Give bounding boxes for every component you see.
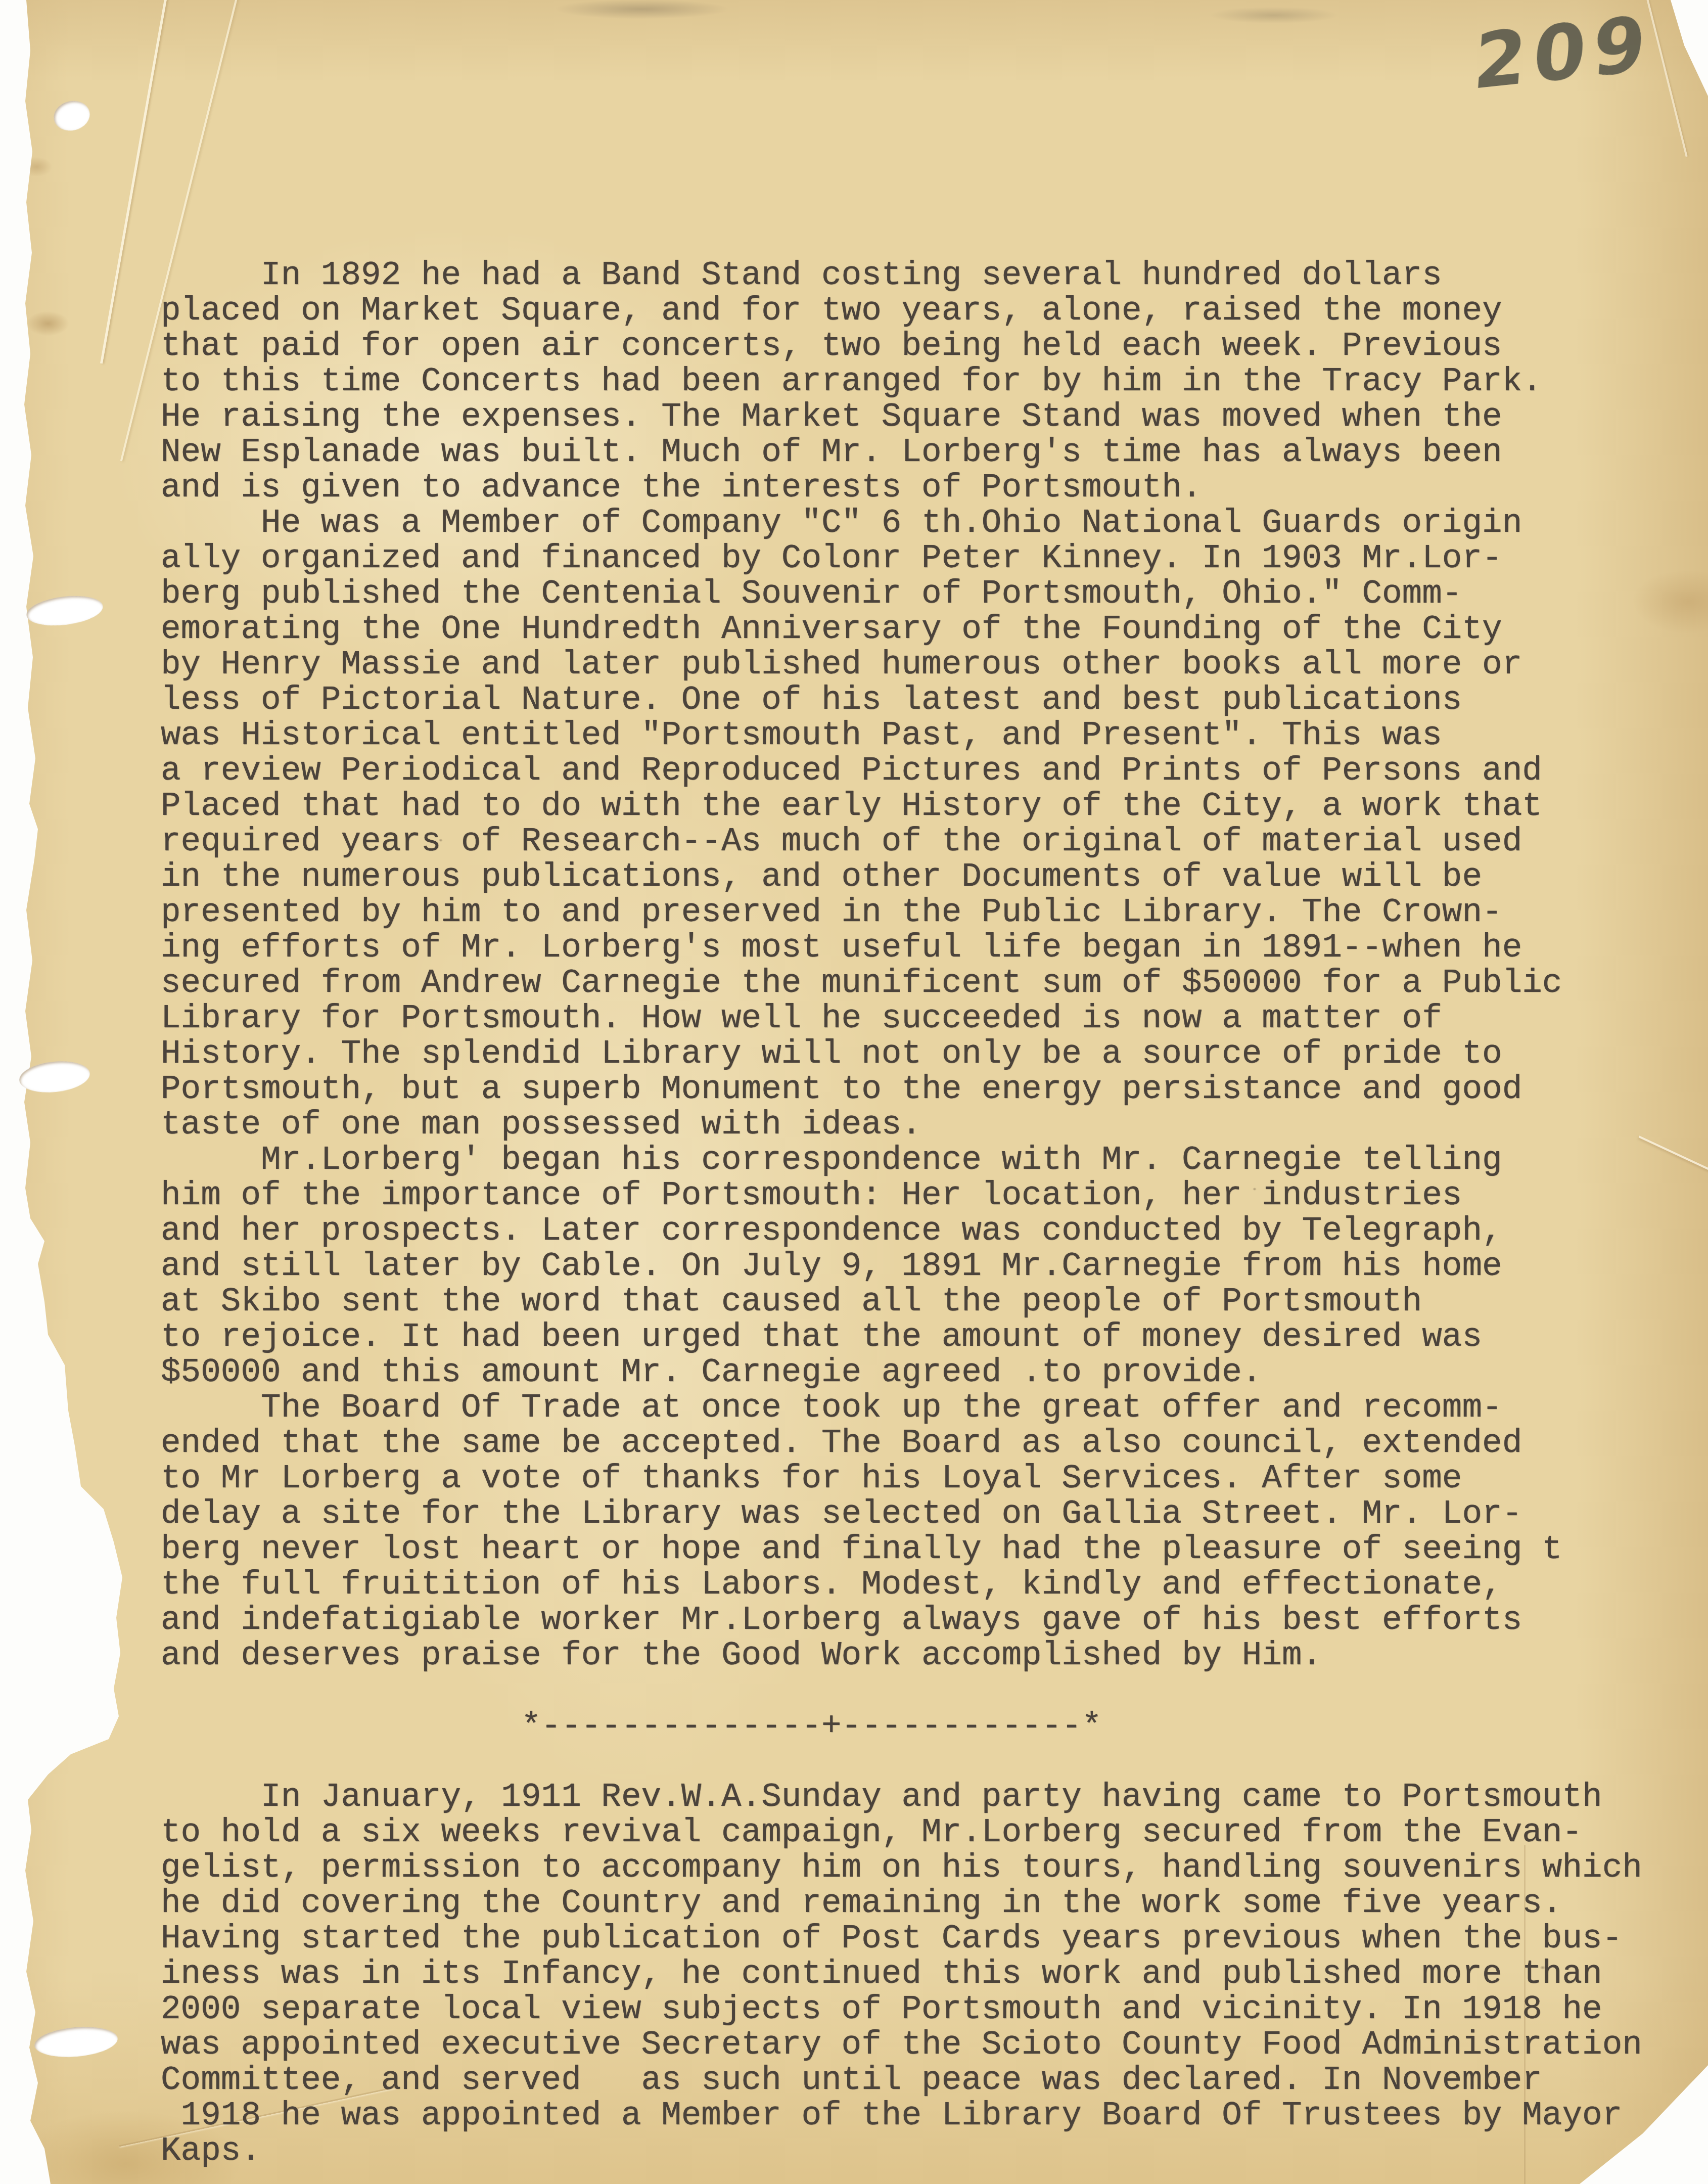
typewriter-line: secured from Andrew Carnegie the munific… (161, 966, 1707, 1001)
handwritten-page-number: 209 (1471, 0, 1656, 107)
typewriter-line: Library for Portsmouth. How well he succ… (161, 1001, 1707, 1036)
typewriter-line: 1918 he was appointed a Member of the Li… (161, 2098, 1707, 2133)
paper-crease (100, 0, 169, 363)
typewriter-line: and indefatigiable worker Mr.Lorberg alw… (161, 1603, 1707, 1638)
typewriter-line: was Historical entitled "Portsmouth Past… (161, 718, 1707, 753)
typewriter-line: at Skibo sent the word that caused all t… (161, 1284, 1707, 1319)
typewriter-line: ended that the same be accepted. The Boa… (161, 1426, 1707, 1461)
typewriter-line: him of the importance of Portsmouth: Her… (161, 1178, 1707, 1213)
typewriter-line: the full fruitition of his Labors. Modes… (161, 1567, 1707, 1603)
typewriter-line: was appointed executive Secretary of the… (161, 2027, 1707, 2063)
typewriter-line: he did covering the Country and remainin… (161, 1886, 1707, 1921)
typewriter-line: He was a Member of Company "C" 6 th.Ohio… (161, 506, 1707, 541)
typewriter-line (161, 1744, 1707, 1780)
typewritten-text: In 1892 he had a Band Stand costing seve… (161, 258, 1707, 2169)
typewriter-line: The Board Of Trade at once took up the g… (161, 1390, 1707, 1426)
typewriter-line: $50000 and this amount Mr. Carnegie agre… (161, 1355, 1707, 1390)
paper-sheet: 209 In 1892 he had a Band Stand costing … (0, 0, 1708, 2184)
typewriter-line: History. The splendid Library will not o… (161, 1036, 1707, 1072)
typewriter-line: taste of one man possessed with ideas. (161, 1107, 1707, 1143)
typewriter-line: to this time Concerts had been arranged … (161, 364, 1707, 399)
typewriter-line: to rejoice. It had been urged that the a… (161, 1319, 1707, 1355)
typewriter-line: ally organized and financed by Colonr Pe… (161, 541, 1707, 576)
typewriter-line: gelist, permission to accompany him on h… (161, 1850, 1707, 1886)
typewriter-line: Portsmouth, but a superb Monument to the… (161, 1072, 1707, 1107)
typewriter-line: In January, 1911 Rev.W.A.Sunday and part… (161, 1780, 1707, 1815)
typewriter-line (161, 1673, 1707, 1709)
typewriter-line: to Mr Lorberg a vote of thanks for his L… (161, 1461, 1707, 1496)
typewriter-line: Having started the publication of Post C… (161, 1921, 1707, 1956)
typewriter-line: iness was in its Infancy, he continued t… (161, 1956, 1707, 1992)
typewriter-line: 2000 separate local view subjects of Por… (161, 1992, 1707, 2027)
typewriter-line: Kaps. (161, 2133, 1707, 2169)
typewriter-line: a review Periodical and Reproduced Pictu… (161, 753, 1707, 789)
typewriter-line: less of Pictorial Nature. One of his lat… (161, 682, 1707, 718)
typewriter-line: presented by him to and preserved in the… (161, 895, 1707, 930)
typewriter-line: placed on Market Square, and for two yea… (161, 293, 1707, 329)
typewriter-line: in the numerous publications, and other … (161, 859, 1707, 895)
typewriter-line: and still later by Cable. On July 9, 189… (161, 1249, 1707, 1284)
typewriter-line: ing efforts of Mr. Lorberg's most useful… (161, 930, 1707, 966)
typewriter-line: berg never lost heart or hope and finall… (161, 1532, 1707, 1567)
typewriter-line: required years of Research--As much of t… (161, 824, 1707, 859)
typewriter-line: Mr.Lorberg' began his correspondence wit… (161, 1143, 1707, 1178)
typewriter-line: that paid for open air concerts, two bei… (161, 329, 1707, 364)
typewriter-line: Placed that had to do with the early His… (161, 789, 1707, 824)
typewriter-line: New Esplanade was built. Much of Mr. Lor… (161, 435, 1707, 470)
typewriter-line: berg published the Centenial Souvenir of… (161, 576, 1707, 612)
typewriter-line: and deserves praise for the Good Work ac… (161, 1638, 1707, 1673)
typewriter-line: by Henry Massie and later published hume… (161, 647, 1707, 682)
typewriter-line: He raising the expenses. The Market Squa… (161, 399, 1707, 435)
typewriter-line: emorating the One Hundredth Anniversary … (161, 612, 1707, 647)
typewriter-line: delay a site for the Library was selecte… (161, 1496, 1707, 1532)
typewriter-line: Committee, and served as such until peac… (161, 2063, 1707, 2098)
typewriter-line: to hold a six weeks revival campaign, Mr… (161, 1815, 1707, 1850)
divider-line: *--------------+------------* (161, 1709, 1707, 1744)
typewriter-line: and her prospects. Later correspondence … (161, 1213, 1707, 1249)
typewriter-line: In 1892 he had a Band Stand costing seve… (161, 258, 1707, 293)
typewriter-line: and is given to advance the interests of… (161, 470, 1707, 506)
